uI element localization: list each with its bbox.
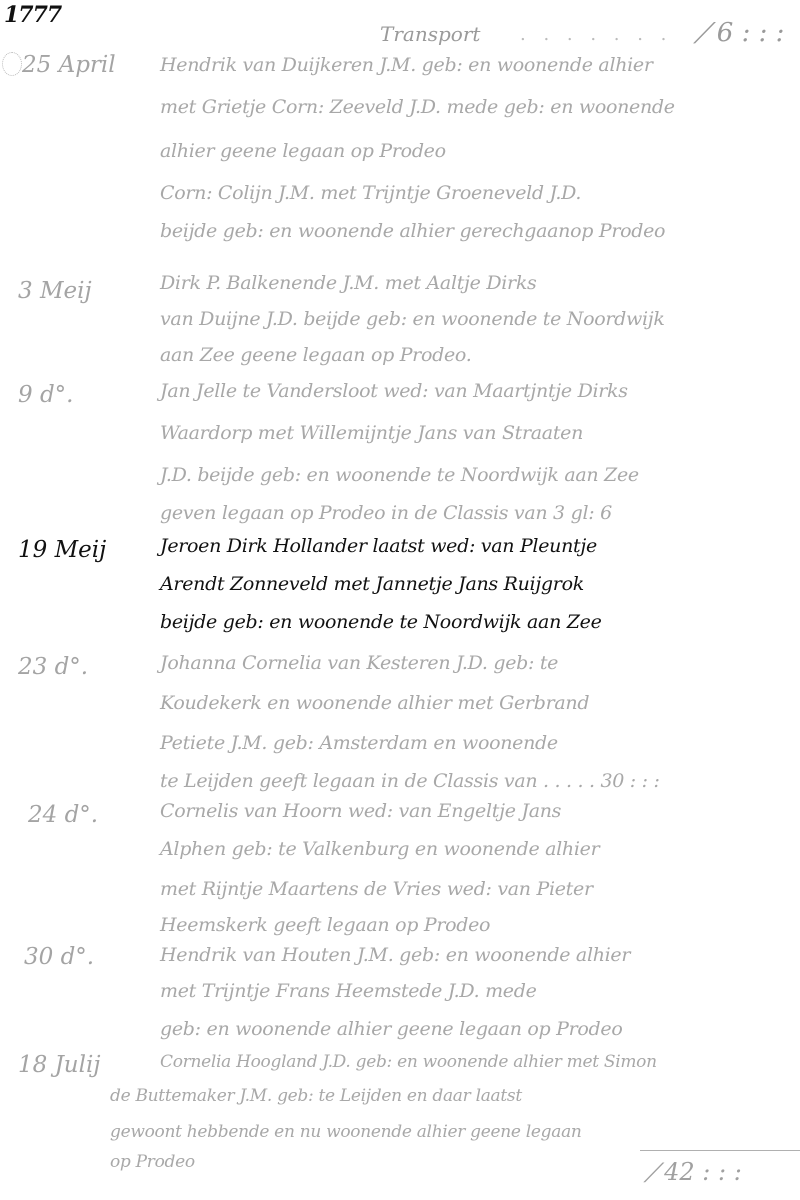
transport-label: Transport [380,22,480,46]
entry-line: Arendt Zonneveld met Jannetje Jans Ruijg… [160,573,584,595]
entry-date: 23 d°. [18,654,88,680]
entry-line: geb: en woonende alhier geene legaan op … [160,1018,623,1040]
entry-date: 30 d°. [24,944,94,970]
transport-amount: /6 : : : [700,18,784,48]
entry-line: Koudekerk en woonende alhier met Gerbran… [160,692,589,714]
entry-line: Hendrik van Houten J.M. geb: en woonende… [160,944,630,966]
entry-line: Petiete J.M. geb: Amsterdam en woonende [160,732,558,754]
entry-line: gewoont hebbende en nu woonende alhier g… [110,1122,582,1142]
entry-date: 19 Meij [18,537,106,563]
entry-date: 9 d°. [18,382,73,408]
margin-mark-icon [2,52,22,76]
entry-line: Waardorp met Willemijntje Jans van Straa… [160,422,583,444]
entry-line: Cornelia Hoogland J.D. geb: en woonende … [160,1052,657,1072]
transport-leader-dots: . . . . . . . [520,24,672,45]
entry-line: op Prodeo [110,1152,195,1172]
guilder-sign-icon: / [643,1158,664,1186]
entry-line: Heemskerk geeft legaan op Prodeo [160,914,490,936]
entry-line: Jeroen Dirk Hollander laatst wed: van Pl… [160,535,597,557]
guilder-sign-icon: / [693,18,716,48]
entry-line: Alphen geb: te Valkenburg en woonende al… [160,838,599,860]
entry-line: beijde geb: en woonende te Noordwijk aan… [160,611,602,633]
entry-line: aan Zee geene legaan op Prodeo. [160,344,471,366]
entry-date: 24 d°. [28,802,98,828]
entry-line: met Grietje Corn: Zeeveld J.D. mede geb:… [160,96,675,118]
entry-line: de Buttemaker J.M. geb: te Leijden en da… [110,1086,522,1106]
entry-line: Dirk P. Balkenende J.M. met Aaltje Dirks [160,272,537,294]
entry-date: 18 Julij [18,1052,100,1078]
page-total: /42 : : : [650,1158,742,1186]
entry-date: 3 Meij [18,278,92,304]
entry-line: Corn: Colijn J.M. met Trijntje Groenevel… [160,182,581,204]
entry-line: te Leijden geeft legaan in de Classis va… [160,770,660,792]
entry-line: beijde geb: en woonende alhier gerechgaa… [160,220,665,242]
entry-line: Hendrik van Duijkeren J.M. geb: en woone… [160,54,653,76]
entry-line: alhier geene legaan op Prodeo [160,140,446,162]
entry-line: met Rijntje Maartens de Vries wed: van P… [160,878,593,900]
entry-line: geven legaan op Prodeo in de Classis van… [160,502,612,524]
total-rule [640,1150,800,1151]
register-page: 1777 Transport . . . . . . . /6 : : : 25… [0,0,800,1200]
entry-line: van Duijne J.D. beijde geb: en woonende … [160,308,665,330]
entry-line: Cornelis van Hoorn wed: van Engeltje Jan… [160,800,561,822]
entry-date: 25 April [22,52,116,78]
entry-line: Jan Jelle te Vandersloot wed: van Maartj… [160,380,628,402]
entry-line: met Trijntje Frans Heemstede J.D. mede [160,980,537,1002]
register-year: 1777 [4,2,61,28]
entry-line: Johanna Cornelia van Kesteren J.D. geb: … [160,652,558,674]
entry-line: J.D. beijde geb: en woonende te Noordwij… [160,464,639,486]
transport-amount-value: 6 : : : [717,18,785,48]
page-total-value: 42 : : : [664,1158,742,1186]
